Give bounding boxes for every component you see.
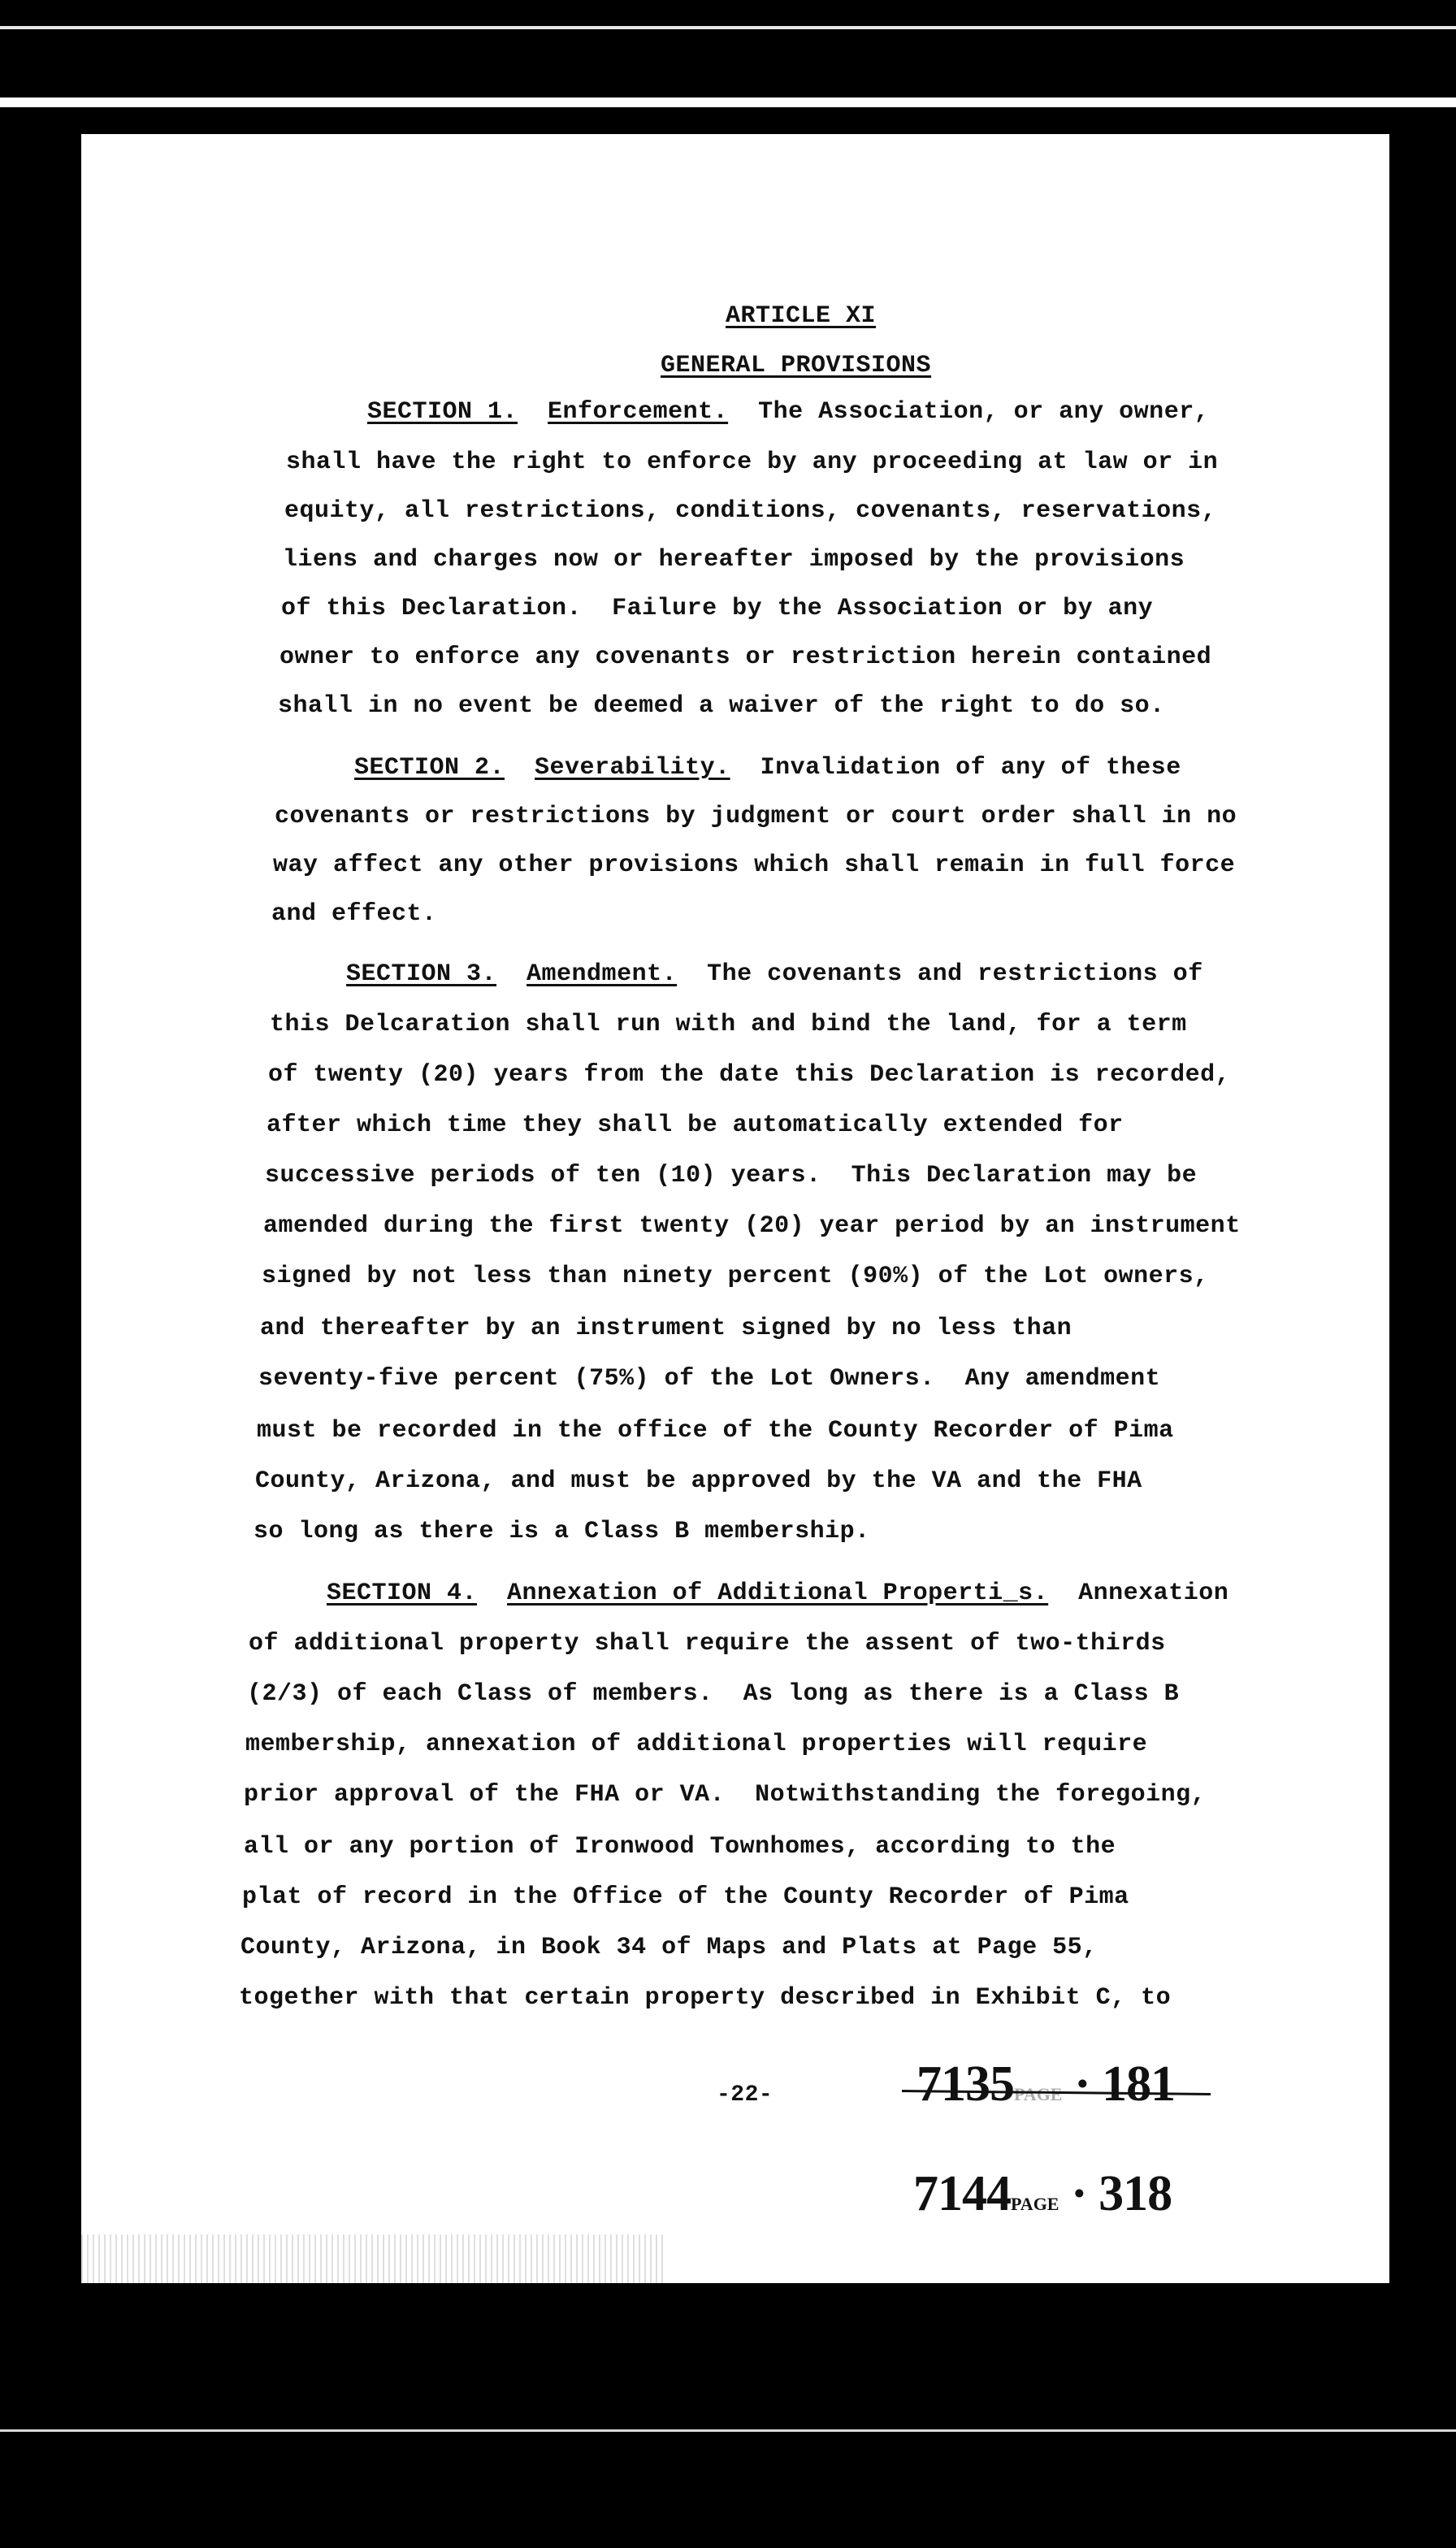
- section-3-line: and thereafter by an instrument signed b…: [260, 1315, 1072, 1342]
- stamp-page-number: 181: [1102, 2056, 1175, 2112]
- section-label: SECTION 4.: [327, 1579, 477, 1607]
- section-1-line: owner to enforce any covenants or restri…: [279, 643, 1211, 671]
- section-1-line: of this Declaration. Failure by the Asso…: [281, 595, 1153, 622]
- section-3-line: County, Arizona, and must be approved by…: [255, 1467, 1142, 1495]
- section-title: Severability.: [535, 754, 730, 782]
- section-3-line: amended during the first twenty (20) yea…: [263, 1212, 1241, 1240]
- page-number: -22-: [717, 2082, 773, 2108]
- section-title: Enforcement.: [548, 398, 728, 426]
- section-3-line: successive periods of ten (10) years. Th…: [265, 1162, 1197, 1189]
- section-3-line: so long as there is a Class B membership…: [253, 1518, 870, 1545]
- section-label: SECTION 1.: [367, 398, 518, 426]
- section-1-line: liens and charges now or hereafter impos…: [283, 546, 1185, 574]
- section-3-heading-line: SECTION 3. Amendment. The covenants and …: [346, 960, 1203, 988]
- section-3-line: must be recorded in the office of the Co…: [257, 1417, 1174, 1445]
- section-title: Amendment.: [526, 960, 677, 988]
- section-1-line: equity, all restrictions, conditions, co…: [284, 497, 1216, 525]
- section-1-heading-line: SECTION 1. Enforcement. The Association,…: [367, 398, 1209, 426]
- section-2-line: way affect any other provisions which sh…: [273, 851, 1235, 879]
- section-3-line: this Delcaration shall run with and bind…: [270, 1011, 1187, 1038]
- stamp-book-number: 7135: [916, 2056, 1014, 2112]
- section-4-line: plat of record in the Office of the Coun…: [242, 1883, 1129, 1911]
- section-3-line: seventy-five percent (75%) of the Lot Ow…: [258, 1365, 1160, 1393]
- recording-stamp-current: 7144PAGE · 318: [913, 2165, 1172, 2223]
- section-1-line: shall have the right to enforce by any p…: [286, 448, 1218, 476]
- section-4-line: of additional property shall require the…: [249, 1630, 1166, 1657]
- section-3-line: of twenty (20) years from the date this …: [268, 1061, 1230, 1089]
- stamp-page-label: PAGE: [1014, 2084, 1062, 2104]
- section-label: SECTION 3.: [346, 960, 496, 988]
- stamp-page-label: PAGE: [1011, 2194, 1059, 2214]
- section-text: Annexation: [1078, 1579, 1228, 1607]
- section-2-line: and effect.: [271, 900, 437, 928]
- scan-artifact-streak: [0, 2429, 1456, 2432]
- section-4-line: all or any portion of Ironwood Townhomes…: [244, 1833, 1116, 1861]
- section-4-line: prior approval of the FHA or VA. Notwith…: [244, 1781, 1206, 1809]
- section-3-line: signed by not less than ninety percent (…: [262, 1263, 1209, 1290]
- scan-noise: [81, 2234, 666, 2283]
- section-text: The Association, or any owner,: [758, 398, 1209, 426]
- article-subtitle: GENERAL PROVISIONS: [661, 352, 931, 379]
- scan-artifact-streak: [0, 26, 1456, 29]
- section-text: The covenants and restrictions of: [707, 960, 1203, 988]
- stamp-book-number: 7144: [913, 2166, 1011, 2221]
- section-2-line: covenants or restrictions by judgment or…: [275, 803, 1237, 830]
- article-title: ARTICLE XI: [726, 302, 876, 330]
- section-label: SECTION 2.: [354, 754, 505, 782]
- section-title: Annexation of Additional Properti_s.: [507, 1579, 1048, 1607]
- section-text: Invalidation of any of these: [760, 754, 1181, 782]
- section-4-heading-line: SECTION 4. Annexation of Additional Prop…: [327, 1579, 1228, 1607]
- section-4-line: membership, annexation of additional pro…: [245, 1731, 1147, 1758]
- section-4-line: County, Arizona, in Book 34 of Maps and …: [240, 1934, 1098, 1961]
- section-3-line: after which time they shall be automatic…: [266, 1111, 1124, 1139]
- section-2-heading-line: SECTION 2. Severability. Invalidation of…: [354, 754, 1181, 782]
- section-4-line: together with that certain property desc…: [239, 1984, 1171, 2012]
- recording-stamp-struck: 7135PAGE · 181: [916, 2056, 1175, 2113]
- section-1-line: shall in no event be deemed a waiver of …: [278, 692, 1165, 720]
- stamp-page-number: 318: [1098, 2166, 1172, 2221]
- scan-artifact-streak: [0, 97, 1456, 107]
- section-4-line: (2/3) of each Class of members. As long …: [247, 1680, 1179, 1708]
